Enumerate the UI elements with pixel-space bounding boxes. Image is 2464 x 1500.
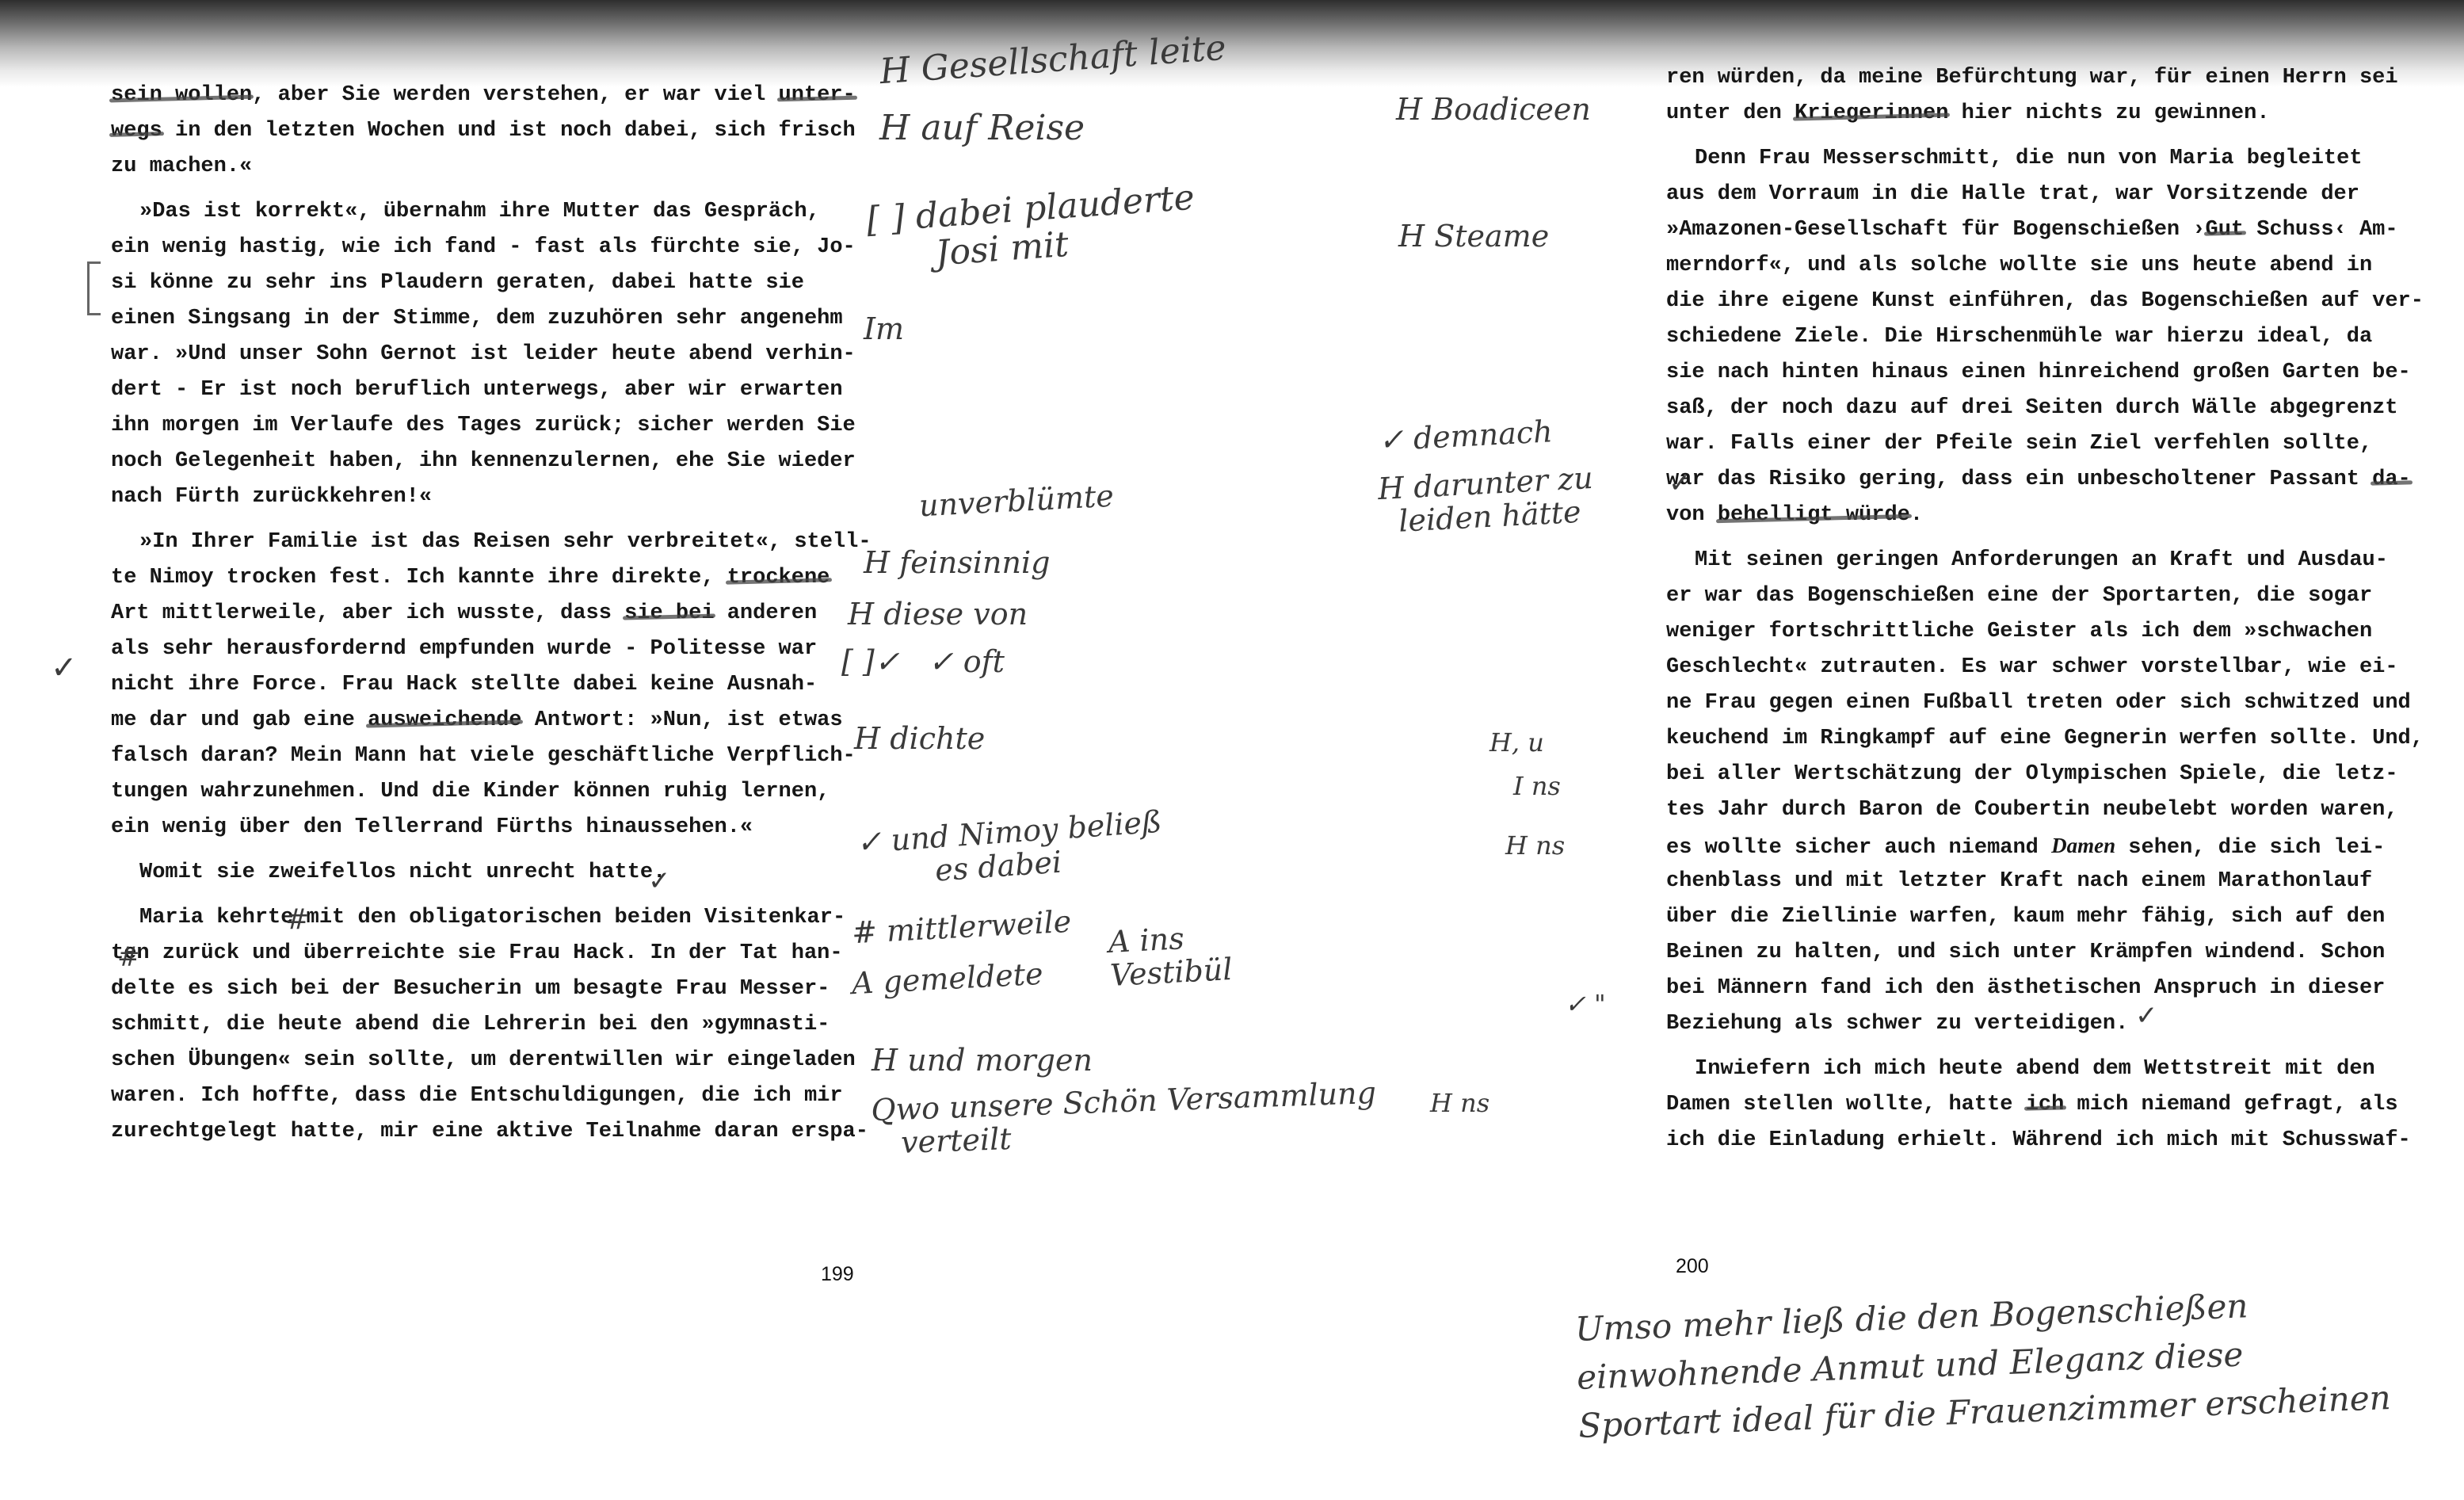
text-line: Damen stellen wollte, hatte ich mich nie…	[1666, 1087, 2411, 1123]
handnote-feinsinnig: H feinsinnig	[864, 547, 1050, 580]
left-page: sein wollen, aber Sie werden verstehen, …	[111, 78, 856, 1150]
text-line: von behelligt würde.	[1666, 498, 2411, 533]
text-line: keuchend im Ringkampf auf eine Gegnerin …	[1666, 721, 2411, 757]
text-line: Inwiefern ich mich heute abend dem Wetts…	[1666, 1052, 2411, 1087]
text-line: merndorf«, und als solche wollte sie uns…	[1666, 248, 2411, 284]
handnote-auf-reise: H auf Reise	[879, 109, 1085, 147]
handnote-boadiceen: H Boadiceen	[1396, 94, 1591, 127]
handnote-ins-vestibuel: A ins Vestibül	[1108, 920, 1233, 993]
bracket-mark	[87, 261, 101, 315]
handnote-ns-2: H ns	[1505, 832, 1565, 860]
handnote-nimoy-beliess: ✓ und Nimoy beließ es dabei	[856, 806, 1165, 893]
handnote-versammlung: Qwo unsere Schön Versammlung verteilt	[871, 1077, 1378, 1161]
text-line: ne Frau gegen einen Fußball treten oder …	[1666, 685, 2411, 721]
handnote-gemeldete: A gemeldete	[851, 958, 1043, 1001]
text-line: dert - Er ist noch beruflich unterwegs, …	[111, 372, 856, 408]
handnote-im: Im	[864, 313, 904, 346]
handnote-darunter: H darunter zu leiden hätte	[1377, 462, 1596, 540]
handnote-steame: H Steame	[1398, 220, 1549, 254]
struck-text: ich	[2026, 1093, 2065, 1116]
text-line: Art mittlerweile, aber ich wusste, dass …	[111, 596, 856, 632]
text-line: zu machen.«	[111, 149, 856, 185]
paragraph-gap	[111, 185, 856, 194]
insert-mark-icon: #	[285, 903, 309, 936]
text-line: bei aller Wertschätzung der Olympischen …	[1666, 757, 2411, 792]
text-line: delte es sich bei der Besucherin um besa…	[111, 971, 856, 1007]
struck-text: sie bei	[624, 601, 714, 625]
text-line: sein wollen, aber Sie werden verstehen, …	[111, 78, 856, 113]
text-line: ich die Einladung erhielt. Während ich m…	[1666, 1123, 2411, 1158]
struck-text: Kriegerinnen	[1795, 101, 1948, 125]
text-line: war. »Und unser Sohn Gernot ist leider h…	[111, 337, 856, 372]
paragraph-gap	[1666, 533, 2411, 543]
text-line: ren würden, da meine Befürchtung war, fü…	[1666, 60, 2411, 96]
handnote-ns-3: H ns	[1430, 1090, 1489, 1117]
text-line: tes Jahr durch Baron de Coubertin neubel…	[1666, 792, 2411, 828]
text-line: sie nach hinten hinaus einen hinreichend…	[1666, 355, 2411, 391]
text-line: war. Falls einer der Pfeile sein Ziel ve…	[1666, 426, 2411, 462]
struck-text: sein wollen	[111, 83, 252, 107]
text-line: tungen wahrzunehmen. Und die Kinder könn…	[111, 774, 856, 810]
page-number-left: 199	[821, 1263, 854, 1286]
text-line: bei Männern fand ich den ästhetischen An…	[1666, 971, 2411, 1006]
text-line: wegs in den letzten Wochen und ist noch …	[111, 113, 856, 149]
text-line: si könne zu sehr ins Plaudern geraten, d…	[111, 265, 856, 301]
text-line: noch Gelegenheit haben, ihn kennenzulern…	[111, 444, 856, 479]
struck-text: ausweichende	[368, 708, 521, 732]
struck-text: Gut	[2206, 218, 2245, 242]
text-line: Mit seinen geringen Anforderungen an Kra…	[1666, 543, 2411, 578]
struck-text: wegs	[111, 119, 162, 143]
checkmark-icon: ✓	[51, 650, 78, 686]
text-line: war das Risiko gering, dass ein unbescho…	[1666, 462, 2411, 498]
text-line: zurechtgelegt hatte, mir eine aktive Tei…	[111, 1114, 856, 1150]
handnote-und-morgen: H und morgen	[872, 1044, 1093, 1078]
text-line: weniger fortschrittliche Geister als ich…	[1666, 614, 2411, 650]
text-line: chenblass und mit letzter Kraft nach ein…	[1666, 864, 2411, 899]
text-line: ten zurück und überreichte sie Frau Hack…	[111, 936, 856, 971]
text-line: te Nimoy trocken fest. Ich kannte ihre d…	[111, 560, 856, 596]
text-line: ein wenig hastig, wie ich fand - fast al…	[111, 230, 856, 265]
handnote-diese-von: H diese von	[848, 598, 1028, 632]
text-line: »Das ist korrekt«, übernahm ihre Mutter …	[111, 194, 856, 230]
text-line: »In Ihrer Familie ist das Reisen sehr ve…	[111, 525, 856, 560]
handnote-unverbluemte: unverblümte	[918, 480, 1115, 524]
handnote-check-quote: ✓ "	[1565, 990, 1606, 1018]
checkmark-icon: ✓	[1669, 468, 1692, 499]
text-line: Beziehung als schwer zu verteidigen.	[1666, 1006, 2411, 1042]
text-line: er war das Bogenschießen eine der Sporta…	[1666, 578, 2411, 614]
text-line: unter den Kriegerinnen hier nichts zu ge…	[1666, 96, 2411, 132]
text-line: als sehr herausfordernd empfunden wurde …	[111, 632, 856, 667]
text-line: Maria kehrte mit den obligatorischen bei…	[111, 900, 856, 936]
text-line: »Amazonen-Gesellschaft für Bogenschießen…	[1666, 212, 2411, 248]
handnote-h-u: H, u	[1489, 729, 1544, 757]
paragraph-gap	[111, 891, 856, 900]
handnote-dabei-plauderte: [ ] dabei plauderte Josi mit	[865, 179, 1198, 278]
text-line: saß, der noch dazu auf drei Seiten durch…	[1666, 391, 2411, 426]
text-line: ihn morgen im Verlaufe des Tages zurück;…	[111, 408, 856, 444]
paragraph-gap	[111, 845, 856, 855]
checkmark-icon: ✓	[2135, 1000, 2158, 1032]
handnote-dichte: H dichte	[854, 723, 985, 756]
handnote-mittlerweile: # mittlerweile	[851, 906, 1072, 950]
text-line: schen Übungen« sein sollte, um derentwil…	[111, 1043, 856, 1078]
struck-text: da-	[2372, 468, 2411, 491]
page-number-right: 200	[1676, 1255, 1709, 1278]
paragraph-gap	[1666, 132, 2411, 141]
text-line: es wollte sicher auch niemand Damen sehe…	[1666, 828, 2411, 864]
text-line: Beinen zu halten, und sich unter Krämpfe…	[1666, 935, 2411, 971]
text-line: falsch daran? Mein Mann hat viele geschä…	[111, 739, 856, 774]
handnote-demnach: ✓ demnach	[1378, 415, 1554, 457]
handnote-oft: [ ]✓ ✓ oft	[841, 646, 1005, 679]
handnote-ins-1: I ns	[1513, 773, 1561, 800]
struck-text: trockene	[727, 566, 830, 590]
paragraph-gap	[1666, 1042, 2411, 1052]
text-line: schmitt, die heute abend die Lehrerin be…	[111, 1007, 856, 1043]
text-line: schiedene Ziele. Die Hirschenmühle war h…	[1666, 319, 2411, 355]
text-line: me dar und gab eine ausweichende Antwort…	[111, 703, 856, 739]
insert-mark-icon: #	[117, 941, 140, 973]
handnote-gesellschaft: H Gesellschaft leite	[879, 29, 1227, 92]
text-line: Denn Frau Messerschmitt, die nun von Mar…	[1666, 141, 2411, 177]
text-line: über die Ziellinie warfen, kaum mehr fäh…	[1666, 899, 2411, 935]
text-line: Geschlecht« zutrauten. Es war schwer vor…	[1666, 650, 2411, 685]
text-line: waren. Ich hoffte, dass die Entschuldigu…	[111, 1078, 856, 1114]
italic-text: Damen	[2051, 834, 2115, 857]
paragraph-gap	[111, 515, 856, 525]
text-line: nicht ihre Force. Frau Hack stellte dabe…	[111, 667, 856, 703]
right-page: ren würden, da meine Befürchtung war, fü…	[1666, 60, 2411, 1158]
text-line: die ihre eigene Kunst einführen, das Bog…	[1666, 284, 2411, 319]
text-line: nach Fürth zurückkehren!«	[111, 479, 856, 515]
text-line: ein wenig über den Tellerrand Fürths hin…	[111, 810, 856, 845]
text-line: einen Singsang in der Stimme, dem zuzuhö…	[111, 301, 856, 337]
struck-text: behelligt würde	[1718, 503, 1910, 527]
text-line: Womit sie zweifellos nicht unrecht hatte…	[111, 855, 856, 891]
text-line: aus dem Vorraum in die Halle trat, war V…	[1666, 177, 2411, 212]
handnote-bottom-insert: Umso mehr ließ die den Bogenschießen ein…	[1574, 1277, 2392, 1450]
struck-text: unter-	[779, 83, 856, 107]
checkmark-icon: ✓	[648, 865, 671, 897]
